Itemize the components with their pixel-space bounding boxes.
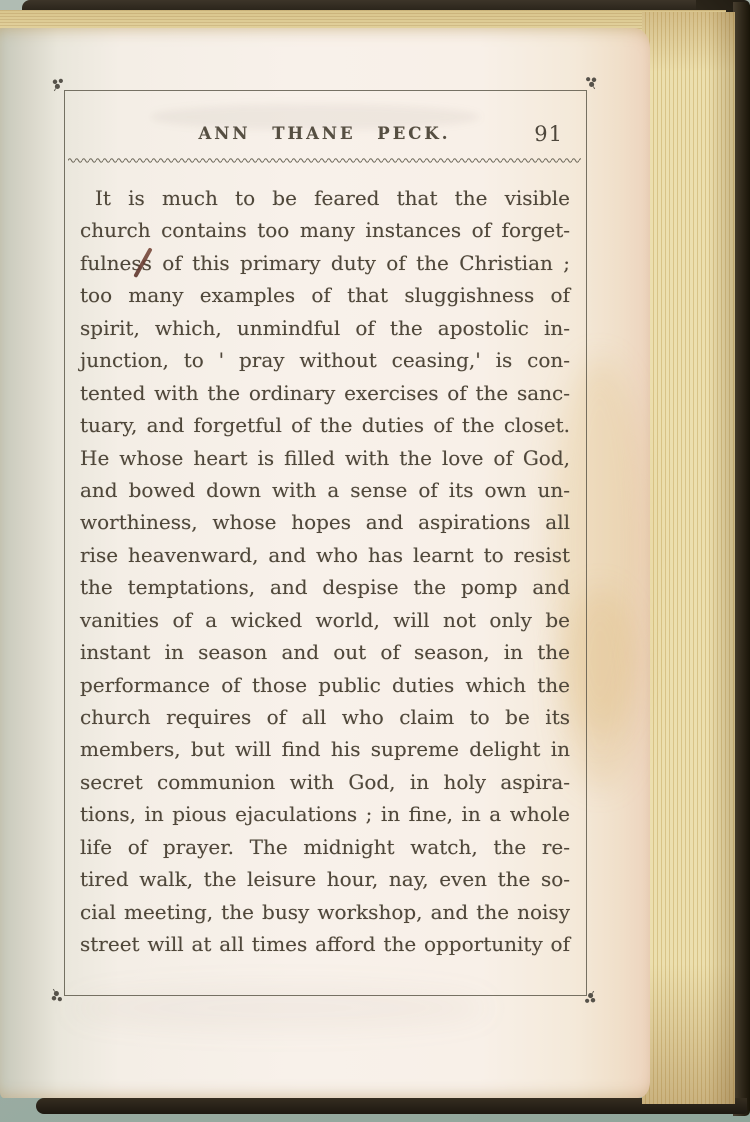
text-line: tions, in pious ejaculations ; in fine, … bbox=[80, 798, 570, 830]
text-line: church contains too many instances of fo… bbox=[80, 214, 570, 246]
text-line: fulness of this primary duty of the Chri… bbox=[80, 247, 570, 279]
text-line: It is much to be feared that the visible bbox=[80, 182, 570, 214]
page-body-text: It is much to be feared that the visible… bbox=[80, 182, 570, 961]
running-head: ANN THANE PECK. 91 bbox=[64, 124, 585, 154]
wavy-rule-separator bbox=[68, 156, 581, 163]
page-stack-fore-edge bbox=[642, 12, 735, 1104]
text-line: cial meeting, the busy workshop, and the… bbox=[80, 896, 570, 928]
text-line: He whose heart is filled with the love o… bbox=[80, 442, 570, 474]
book-cover-bottom-edge bbox=[36, 1098, 747, 1114]
corner-ornament-icon bbox=[50, 77, 66, 92]
text-line: junction, to ' pray without ceasing,' is… bbox=[80, 344, 570, 376]
text-line: church requires of all who claim to be i… bbox=[80, 701, 570, 733]
text-line: worthiness, whose hopes and aspirations … bbox=[80, 506, 570, 538]
corner-ornament-icon bbox=[583, 75, 599, 90]
text-line: secret communion with God, in holy aspir… bbox=[80, 766, 570, 798]
text-line: spirit, which, unmindful of the apostoli… bbox=[80, 312, 570, 344]
page-title: ANN THANE PECK. bbox=[64, 124, 585, 143]
book-page: ANN THANE PECK. 91 It is much to be fear… bbox=[0, 28, 650, 1098]
text-line: tired walk, the leisure hour, nay, even … bbox=[80, 863, 570, 895]
text-line: tuary, and forgetful of the duties of th… bbox=[80, 409, 570, 441]
text-line: too many examples of that sluggishness o… bbox=[80, 279, 570, 311]
corner-ornament-icon bbox=[582, 990, 598, 1005]
corner-ornament-icon bbox=[49, 988, 65, 1003]
text-line: tented with the ordinary exercises of th… bbox=[80, 377, 570, 409]
text-line: street will at all times afford the oppo… bbox=[80, 928, 570, 960]
text-line: rise heavenward, and who has learnt to r… bbox=[80, 539, 570, 571]
book-photo: ANN THANE PECK. 91 It is much to be fear… bbox=[0, 0, 750, 1122]
text-line: members, but will find his supreme delig… bbox=[80, 733, 570, 765]
text-line: the temptations, and despise the pomp an… bbox=[80, 571, 570, 603]
book-cover-right-edge bbox=[733, 2, 750, 1116]
text-line: instant in season and out of season, in … bbox=[80, 636, 570, 668]
text-line: performance of those public duties which… bbox=[80, 669, 570, 701]
text-line: and bowed down with a sense of its own u… bbox=[80, 474, 570, 506]
text-line: vanities of a wicked world, will not onl… bbox=[80, 604, 570, 636]
text-line: life of prayer. The midnight watch, the … bbox=[80, 831, 570, 863]
page-number: 91 bbox=[534, 122, 563, 146]
